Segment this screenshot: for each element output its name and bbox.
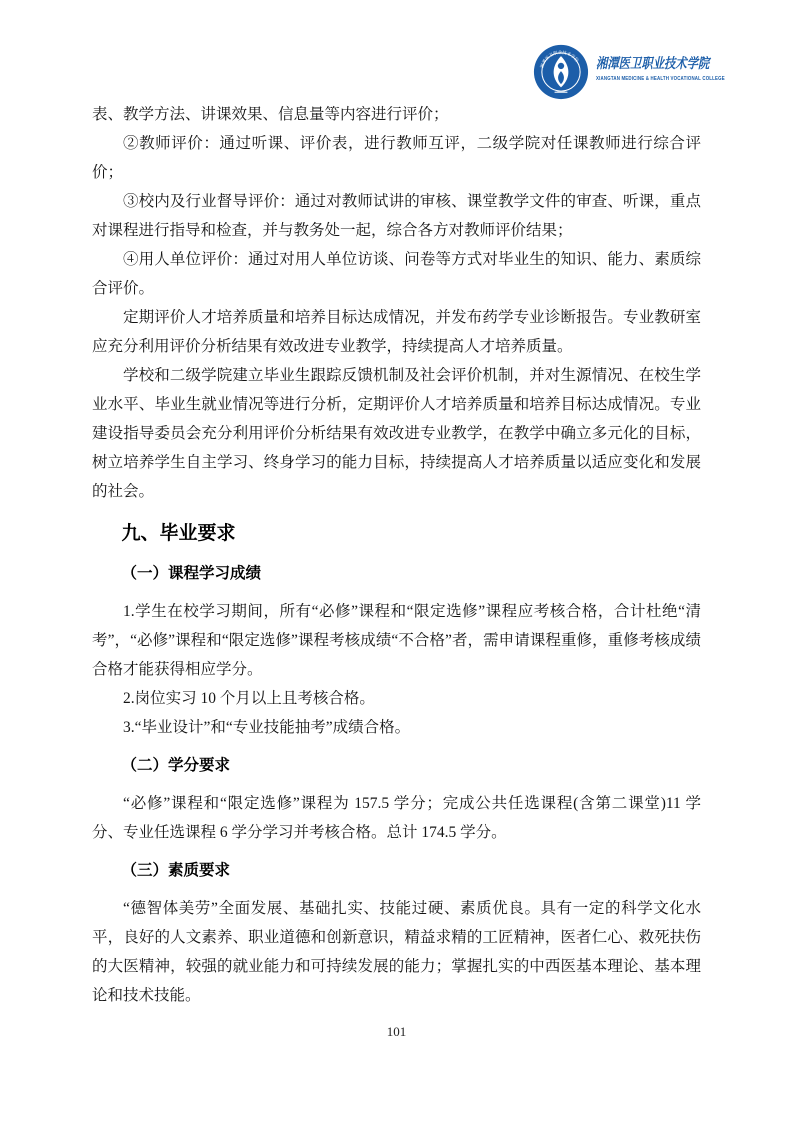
subsection-heading-quality-requirements: （三）素质要求 bbox=[92, 856, 701, 885]
paragraph-evaluation-continued: 表、教学方法、讲课效果、信息量等内容进行评价； bbox=[92, 100, 701, 129]
subsection-heading-course-grades: （一）课程学习成绩 bbox=[92, 559, 701, 588]
college-logo: 湘潭医卫职业技术学院 湘潭医卫职业技术学院 XIANGTAN MEDICINE … bbox=[533, 44, 710, 100]
paragraph-course-pass-rule: 1.学生在校学习期间，所有“必修”课程和“限定选修”课程应考核合格，合计杜绝“清… bbox=[92, 597, 701, 684]
document-page: 湘潭医卫职业技术学院 湘潭医卫职业技术学院 XIANGTAN MEDICINE … bbox=[0, 0, 793, 1122]
college-name-block: 湘潭医卫职业技术学院 XIANGTAN MEDICINE & HEALTH VO… bbox=[596, 44, 710, 82]
college-name-chinese: 湘潭医卫职业技术学院 bbox=[596, 53, 688, 73]
college-emblem-icon: 湘潭医卫职业技术学院 bbox=[533, 44, 589, 100]
college-name-english: XIANGTAN MEDICINE & HEALTH VOCATIONAL CO… bbox=[596, 76, 696, 82]
paragraph-supervision-evaluation: ③校内及行业督导评价：通过对教师试讲的审核、课堂教学文件的审查、听课，重点对课程… bbox=[92, 187, 701, 245]
paragraph-credit-detail: “必修”课程和“限定选修”课程为 157.5 学分；完成公共任选课程(含第二课堂… bbox=[92, 789, 701, 847]
paragraph-employer-evaluation: ④用人单位评价：通过对用人单位访谈、问卷等方式对毕业生的知识、能力、素质综合评价… bbox=[92, 245, 701, 303]
subsection-heading-credit-requirements: （二）学分要求 bbox=[92, 751, 701, 780]
page-number: 101 bbox=[0, 1024, 793, 1040]
document-body: 表、教学方法、讲课效果、信息量等内容进行评价； ②教师评价：通过听课、评价表，进… bbox=[92, 100, 701, 1010]
section-heading-graduation-requirements: 九、毕业要求 bbox=[92, 519, 701, 549]
paragraph-thesis-rule: 3.“毕业设计”和“专业技能抽考”成绩合格。 bbox=[92, 713, 701, 742]
paragraph-quality-detail: “德智体美劳”全面发展、基础扎实、技能过硬、素质优良。具有一定的科学文化水平，良… bbox=[92, 894, 701, 1010]
paragraph-teacher-evaluation: ②教师评价：通过听课、评价表，进行教师互评，二级学院对任课教师进行综合评价； bbox=[92, 129, 701, 187]
paragraph-feedback-mechanism: 学校和二级学院建立毕业生跟踪反馈机制及社会评价机制，并对生源情况、在校生学业水平… bbox=[92, 361, 701, 506]
paragraph-periodic-evaluation: 定期评价人才培养质量和培养目标达成情况，并发布药学专业诊断报告。专业教研室应充分… bbox=[92, 303, 701, 361]
paragraph-internship-rule: 2.岗位实习 10 个月以上且考核合格。 bbox=[92, 684, 701, 713]
